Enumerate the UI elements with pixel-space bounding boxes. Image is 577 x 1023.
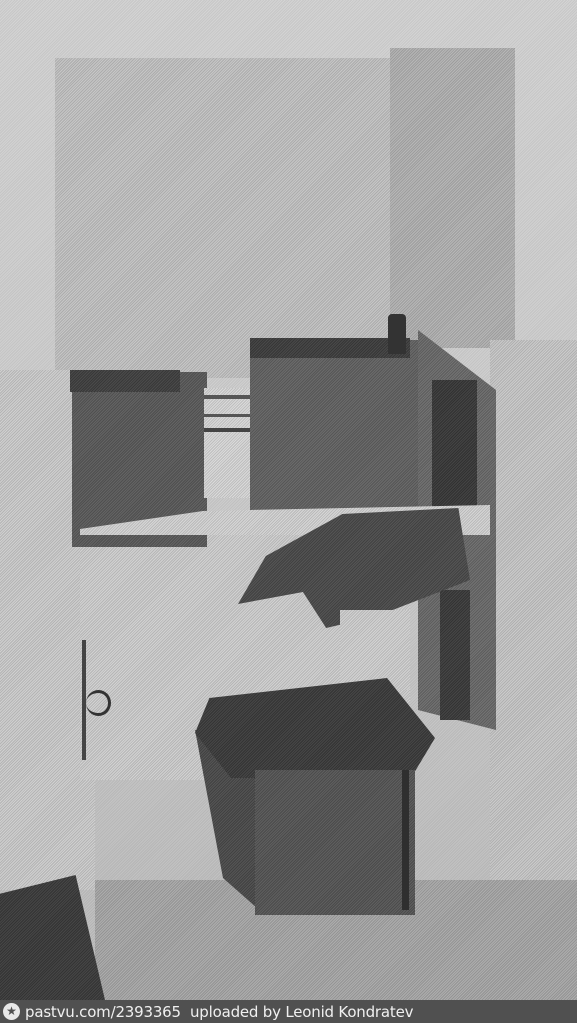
right-cabinet	[250, 340, 430, 510]
side-panel-recess-lower	[440, 590, 470, 720]
cabinet-hook	[388, 314, 406, 354]
star-icon: ★	[3, 1003, 20, 1020]
bin-leg	[402, 770, 409, 910]
side-panel-recess-upper	[432, 380, 477, 520]
upper-wall-left	[55, 58, 390, 378]
caption-uploader: uploaded by Leonid Kondratev	[190, 1003, 413, 1021]
door-handle	[86, 690, 111, 716]
archival-photo	[0, 0, 577, 1000]
upper-wall-right	[390, 48, 515, 348]
sink-support	[340, 610, 410, 690]
right-cabinet-top	[250, 338, 410, 358]
caption-bar: ★ pastvu.com/2393365 uploaded by Leonid …	[0, 1000, 577, 1023]
caption-site-link[interactable]: pastvu.com/2393365	[25, 1003, 181, 1021]
left-cabinet-top	[70, 370, 180, 392]
bin-front	[255, 770, 415, 915]
foreground-dark-object	[0, 875, 105, 1000]
